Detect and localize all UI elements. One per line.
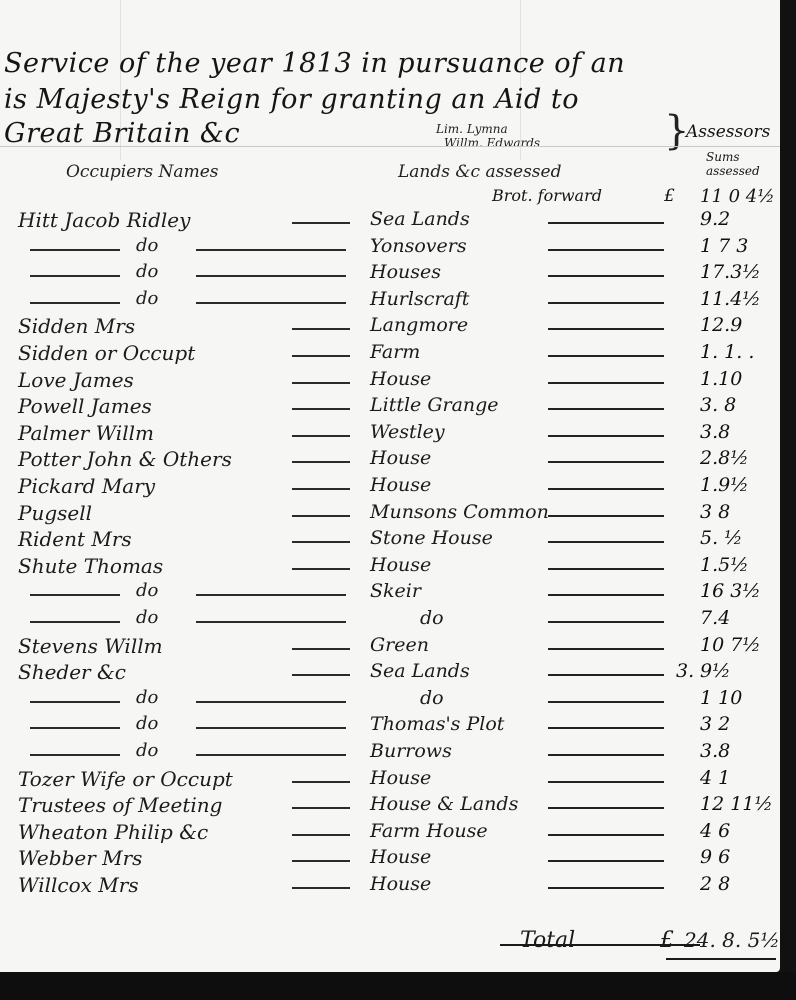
dash-line [196,621,346,623]
dash-line [196,701,346,703]
occupier-ditto: do [136,713,158,734]
dash-line [548,275,664,277]
table-row: Willcox MrsHouse2 8 [0,873,780,897]
dash-line [548,328,664,330]
dash-line [196,302,346,304]
column-header-lands: Lands &c assessed [398,162,561,182]
header-line-1: Service of the year 1813 in pursuance of… [4,48,625,79]
land-description: House [370,846,431,868]
occupier-ditto: do [136,235,158,256]
dash-line [196,727,346,729]
occupier-name: Hitt Jacob Ridley [18,208,190,232]
land-description: Green [370,634,429,656]
dash-line [292,515,350,517]
occupier-name: Trustees of Meeting [18,793,222,817]
header-line-2: is Majesty's Reign for granting an Aid t… [4,84,579,115]
land-description: House [370,368,431,390]
column-header-sums: Sums assessed [706,150,766,178]
dash-line [292,435,350,437]
amount-assessed: 3 8 [700,501,730,523]
table-row: doBurrows3.8 [0,740,780,764]
amount-assessed: 3. 8 [700,394,736,416]
table-row: doThomas's Plot3 2 [0,713,780,737]
dash-line [292,355,350,357]
dash-line [292,382,350,384]
dash-line [548,887,664,889]
land-description: Little Grange [370,394,499,416]
occupier-ditto: do [136,580,158,601]
dash-line [292,860,350,862]
dash-line [196,754,346,756]
amount-assessed: 1 7 3 [700,235,748,257]
dash-line [30,249,120,251]
land-description: House & Lands [370,793,518,815]
occupier-name: Sheder &c [18,660,126,684]
land-description: Sea Lands [370,660,470,682]
amount-assessed: 1.5½ [700,554,749,576]
dash-line [196,594,346,596]
total-amount: 24. 8. 5½ [684,928,780,952]
table-row: PugsellMunsons Common3 8 [0,501,780,525]
table-row: dodo1 10 [0,687,780,711]
dash-line [548,860,664,862]
occupier-name: Shute Thomas [18,554,163,578]
scan-edge-bottom [0,972,796,1000]
occupier-name: Stevens Willm [18,634,163,658]
dash-line [292,781,350,783]
dash-line [548,355,664,357]
assessor-name-1: Lim. Lymna [436,122,508,136]
occupier-name: Pickard Mary [18,474,155,498]
dash-line [548,621,664,623]
column-header-occupier: Occupiers Names [66,162,218,182]
table-row: Sidden or OccuptFarm1. 1. . [0,341,780,365]
dash-line [548,648,664,650]
table-row: doSkeir16 3½ [0,580,780,604]
amount-assessed: 3.8 [700,740,730,762]
amount-assessed: 17.3½ [700,261,761,283]
amount-assessed: 12 11½ [700,793,773,815]
occupier-name: Willcox Mrs [18,873,139,897]
occupier-name: Palmer Willm [18,421,154,445]
dash-line [196,249,346,251]
amount-assessed: 9 6 [700,846,730,868]
table-row: Stevens WillmGreen10 7½ [0,634,780,658]
dash-line [30,754,120,756]
brought-forward-currency: £ [664,186,675,206]
occupier-name: Potter John & Others [18,447,232,471]
land-description: House [370,554,431,576]
occupier-name: Webber Mrs [18,846,142,870]
table-row: Wheaton Philip &cFarm House4 6 [0,820,780,844]
ledger-page: Service of the year 1813 in pursuance of… [0,0,780,972]
amount-assessed: 9½ [700,660,731,682]
land-description: Langmore [370,314,468,336]
occupier-ditto: do [136,740,158,761]
occupier-name: Pugsell [18,501,92,525]
table-row: doHurlscraft11.4½ [0,288,780,312]
dash-line [548,727,664,729]
table-row: Pickard MaryHouse1.9½ [0,474,780,498]
table-row: doHouses17.3½ [0,261,780,285]
table-row: doYonsovers1 7 3 [0,235,780,259]
dash-line [548,568,664,570]
header-rule [0,146,780,147]
land-description: Hurlscraft [370,288,469,310]
occupier-name: Love James [18,368,134,392]
dash-line [292,541,350,543]
occupier-name: Rident Mrs [18,527,132,551]
amount-pounds: 3. [676,660,694,682]
amount-assessed: 4 6 [700,820,730,842]
table-row: Powell JamesLittle Grange3. 8 [0,394,780,418]
dash-line [292,408,350,410]
dash-line [292,461,350,463]
table-row: Love JamesHouse1.10 [0,368,780,392]
occupier-name: Powell James [18,394,152,418]
dash-line [548,461,664,463]
table-row: Sheder &cSea Lands3.9½ [0,660,780,684]
dash-line [548,701,664,703]
occupier-name: Tozer Wife or Occupt [18,767,233,791]
amount-assessed: 1. 1. . [700,341,754,363]
header-line-3: Great Britain &c [4,118,240,149]
land-description: Sea Lands [370,208,470,230]
dash-line [548,515,664,517]
occupier-name: Sidden or Occupt [18,341,195,365]
dash-line [548,834,664,836]
dash-line [30,701,120,703]
dash-line [292,807,350,809]
total-underline [666,958,776,960]
dash-line [548,807,664,809]
amount-assessed: 7.4 [700,607,730,629]
dash-line [548,249,664,251]
occupier-name: Wheaton Philip &c [18,820,208,844]
amount-assessed: 3 2 [700,713,730,735]
occupier-ditto: do [136,261,158,282]
dash-line [548,408,664,410]
dash-line [548,754,664,756]
dash-line [292,887,350,889]
amount-assessed: 4 1 [700,767,730,789]
table-row: Shute ThomasHouse1.5½ [0,554,780,578]
land-description: do [420,607,444,629]
table-row: dodo7.4 [0,607,780,631]
dash-line [548,222,664,224]
dash-line [292,648,350,650]
dash-line [30,621,120,623]
amount-assessed: 1.9½ [700,474,749,496]
dash-line [30,275,120,277]
amount-assessed: 5. ½ [700,527,743,549]
dash-line [292,222,350,224]
amount-assessed: 11.4½ [700,288,761,310]
land-description: Westley [370,421,445,443]
amount-assessed: 12.9 [700,314,742,336]
amount-assessed: 2 8 [700,873,730,895]
table-row: Webber MrsHouse9 6 [0,846,780,870]
table-row: Hitt Jacob RidleySea Lands9.2 [0,208,780,232]
dash-line [548,435,664,437]
land-description: House [370,474,431,496]
occupier-name: Sidden Mrs [18,314,135,338]
occupier-ditto: do [136,607,158,628]
occupier-ditto: do [136,288,158,309]
dash-line [292,488,350,490]
dash-line [292,328,350,330]
brought-forward-label: Brot. forward [492,186,602,205]
occupier-ditto: do [136,687,158,708]
dash-line [548,674,664,676]
land-description: House [370,447,431,469]
amount-assessed: 3.8 [700,421,730,443]
dash-line [548,382,664,384]
dash-line [30,727,120,729]
table-row: Rident MrsStone House5. ½ [0,527,780,551]
dash-line [292,834,350,836]
assessors-label: Assessors [686,122,770,142]
amount-assessed: 9.2 [700,208,730,230]
table-row: Tozer Wife or OccuptHouse4 1 [0,767,780,791]
land-description: do [420,687,444,709]
land-description: House [370,873,431,895]
table-row: Trustees of MeetingHouse & Lands12 11½ [0,793,780,817]
dash-line [548,541,664,543]
dash-line [292,568,350,570]
total-label: Total [520,928,575,953]
land-description: Burrows [370,740,452,762]
table-row: Palmer WillmWestley3.8 [0,421,780,445]
table-row: Sidden MrsLangmore12.9 [0,314,780,338]
scan-edge-right [780,0,796,1000]
amount-assessed: 16 3½ [700,580,761,602]
dash-line [30,302,120,304]
land-description: House [370,767,431,789]
land-description: Farm [370,341,420,363]
amount-assessed: 1 10 [700,687,742,709]
dash-line [548,781,664,783]
total-currency: £ [660,928,674,953]
dash-line [548,302,664,304]
land-description: Houses [370,261,441,283]
brought-forward-amount: 11 0 4½ [700,186,775,207]
amount-assessed: 10 7½ [700,634,761,656]
dash-line [292,674,350,676]
amount-assessed: 1.10 [700,368,742,390]
table-row: Potter John & OthersHouse2.8½ [0,447,780,471]
dash-line [548,488,664,490]
land-description: Munsons Common [370,501,549,523]
land-description: Skeir [370,580,421,602]
dash-line [30,594,120,596]
land-description: Stone House [370,527,493,549]
land-description: Yonsovers [370,235,467,257]
assessor-name-2: Willm. Edwards [444,136,540,150]
dash-line [196,275,346,277]
amount-assessed: 2.8½ [700,447,749,469]
dash-line [548,594,664,596]
land-description: Farm House [370,820,488,842]
land-description: Thomas's Plot [370,713,504,735]
